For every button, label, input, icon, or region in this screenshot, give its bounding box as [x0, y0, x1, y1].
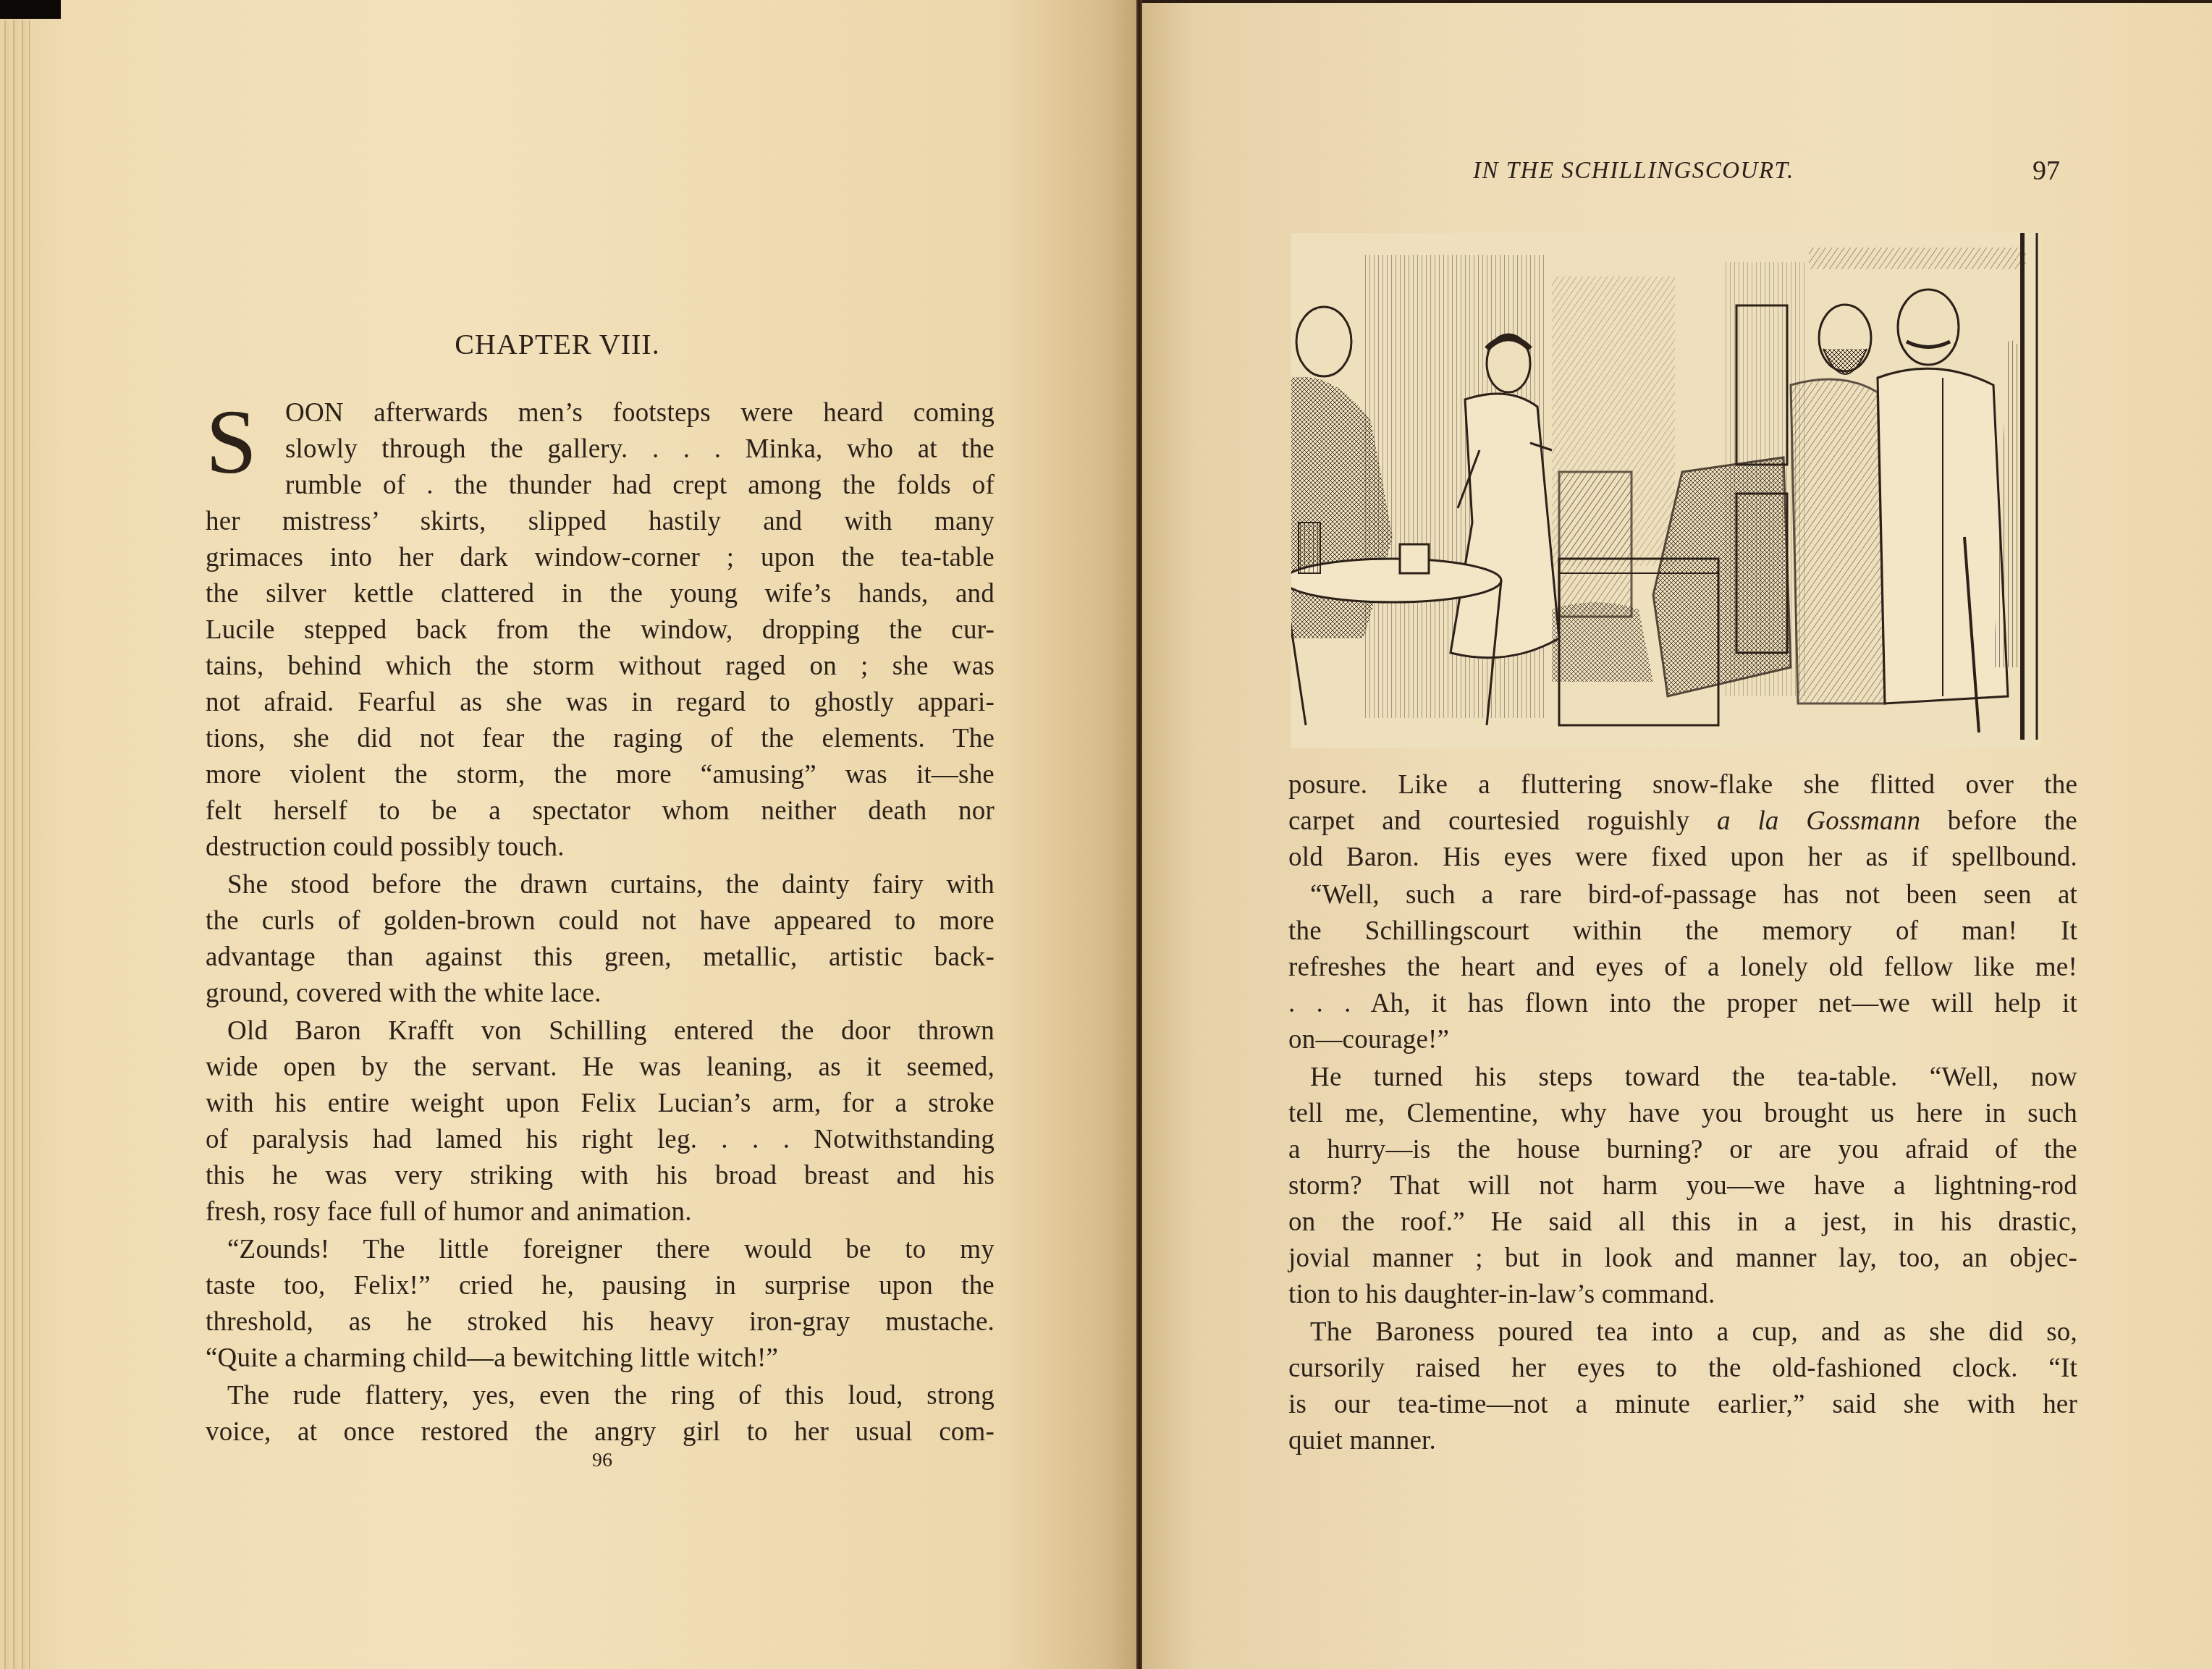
- running-head: IN THE SCHILLINGSCOURT.: [1473, 158, 1794, 185]
- text-line: grimaces into her dark window-corner ; u…: [206, 540, 995, 576]
- text-fragment: before the: [1920, 806, 2077, 836]
- text-line: more violent the storm, the more “amusin…: [206, 757, 995, 793]
- text-line: of paralysis had lamed his right leg. . …: [206, 1122, 995, 1158]
- text-line: cursorily raised her eyes to the old-fas…: [1288, 1351, 2077, 1387]
- text-line: taste too, Felix!” cried he, pausing in …: [206, 1268, 995, 1304]
- text-line: voice, at once restored the angry girl t…: [206, 1414, 995, 1450]
- left-body-text: OON afterwards men’s footsteps were hear…: [206, 395, 995, 1452]
- text-line: the curls of golden-brown could not have…: [206, 903, 995, 939]
- text-line: The rude flattery, yes, even the ring of…: [227, 1378, 995, 1414]
- text-line: quiet manner.: [1288, 1423, 2077, 1459]
- engraving-illustration: [1291, 233, 2041, 748]
- left-page: CHAPTER VIII. S OON afterwards men’s foo…: [0, 0, 1136, 1669]
- text-line: tions, she did not fear the raging of th…: [206, 721, 995, 757]
- page-number-right: 97: [2032, 155, 2060, 187]
- text-line: the silver kettle clattered in the young…: [206, 576, 995, 612]
- text-line: He turned his steps toward the tea-table…: [1310, 1060, 2077, 1096]
- text-line: “Zounds! The little foreigner there woul…: [227, 1232, 995, 1268]
- text-line: tains, behind which the storm without ra…: [206, 648, 995, 685]
- text-line: on—courage!”: [1288, 1022, 2077, 1058]
- text-line: on the roof.” He said all this in a jest…: [1288, 1204, 2077, 1241]
- text-line: . . . Ah, it has flown into the proper n…: [1288, 986, 2077, 1022]
- text-line: The Baroness poured tea into a cup, and …: [1310, 1314, 2077, 1351]
- page-edges: [0, 20, 30, 1669]
- text-line: threshold, as he stroked his heavy iron-…: [206, 1304, 995, 1340]
- text-fragment: carpet and courtesied roguishly: [1288, 806, 1717, 836]
- page-number-left: 96: [592, 1449, 612, 1472]
- italic-phrase: a la Gossmann: [1717, 806, 1920, 836]
- chapter-title: CHAPTER VIII.: [0, 327, 1115, 361]
- text-line: She stood before the drawn curtains, the…: [227, 867, 995, 903]
- book-spread: CHAPTER VIII. S OON afterwards men’s foo…: [0, 0, 2212, 1669]
- text-line: a hurry—is the house burning? or are you…: [1288, 1132, 2077, 1168]
- text-line: posure. Like a fluttering snow-flake she…: [1288, 767, 2077, 803]
- text-line: felt herself to be a spectator whom neit…: [206, 793, 995, 829]
- text-line: “Well, such a rare bird-of-passage has n…: [1310, 877, 2077, 913]
- text-line: “Quite a charming child—a bewitching lit…: [206, 1340, 995, 1377]
- text-line: not afraid. Fearful as she was in regard…: [206, 685, 995, 721]
- text-line: Old Baron Krafft von Schilling entered t…: [227, 1013, 995, 1049]
- text-line: tion to his daughter-in-law’s command.: [1288, 1277, 2077, 1313]
- right-body-text: posure. Like a fluttering snow-flake she…: [1288, 767, 2077, 1462]
- text-line: refreshes the heart and eyes of a lonely…: [1288, 950, 2077, 986]
- text-line: is our tea-time—not a minute earlier,” s…: [1288, 1387, 2077, 1423]
- cover-corner: [0, 0, 61, 19]
- book-gutter: [1136, 0, 1142, 1669]
- text-line: tell me, Clementine, why have you brough…: [1288, 1096, 2077, 1132]
- text-line: storm? That will not harm you—we have a …: [1288, 1168, 2077, 1204]
- text-line: OON afterwards men’s footsteps were hear…: [285, 395, 995, 431]
- text-line: advantage than against this green, metal…: [206, 939, 995, 976]
- text-line: ground, covered with the white lace.: [206, 976, 995, 1012]
- text-line: wide open by the servant. He was leaning…: [206, 1049, 995, 1086]
- text-line: rumble of . the thunder had crept among …: [285, 468, 995, 504]
- text-line: her mistress’ skirts, slipped hastily an…: [206, 504, 995, 540]
- text-line: jovial manner ; but in look and manner l…: [1288, 1241, 2077, 1277]
- text-line: Lucile stepped back from the window, dro…: [206, 612, 995, 648]
- text-line: slowly through the gallery. . . . Minka,…: [285, 431, 995, 468]
- text-line: with his entire weight upon Felix Lucian…: [206, 1086, 995, 1122]
- text-line: this he was very striking with his broad…: [206, 1158, 995, 1194]
- text-line: old Baron. His eyes were fixed upon her …: [1288, 840, 2077, 876]
- text-line: carpet and courtesied roguishly a la Gos…: [1288, 803, 2077, 840]
- text-line: fresh, rosy face full of humor and anima…: [206, 1194, 995, 1230]
- engraving-image: [1291, 233, 2041, 748]
- text-line: destruction could possibly touch.: [206, 829, 995, 866]
- text-line: the Schillingscourt within the memory of…: [1288, 913, 2077, 950]
